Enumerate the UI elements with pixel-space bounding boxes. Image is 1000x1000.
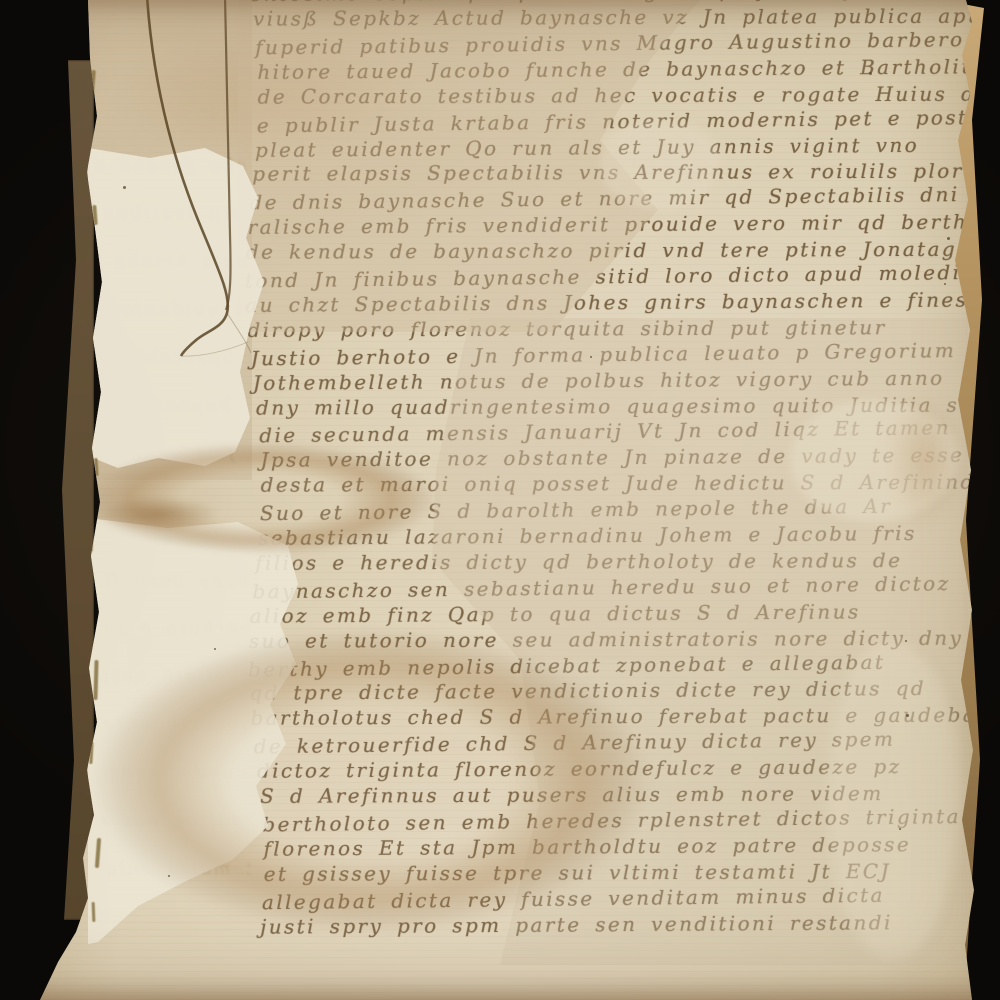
underlying-leaf-edge-left (58, 60, 94, 920)
manuscript-page: hitore taued Jacobo funche de baynaschzo… (0, 0, 1000, 1000)
page-edge-shading (0, 0, 1000, 1000)
photo-backdrop: hitore taued Jacobo funche de baynaschzo… (0, 0, 1000, 1000)
